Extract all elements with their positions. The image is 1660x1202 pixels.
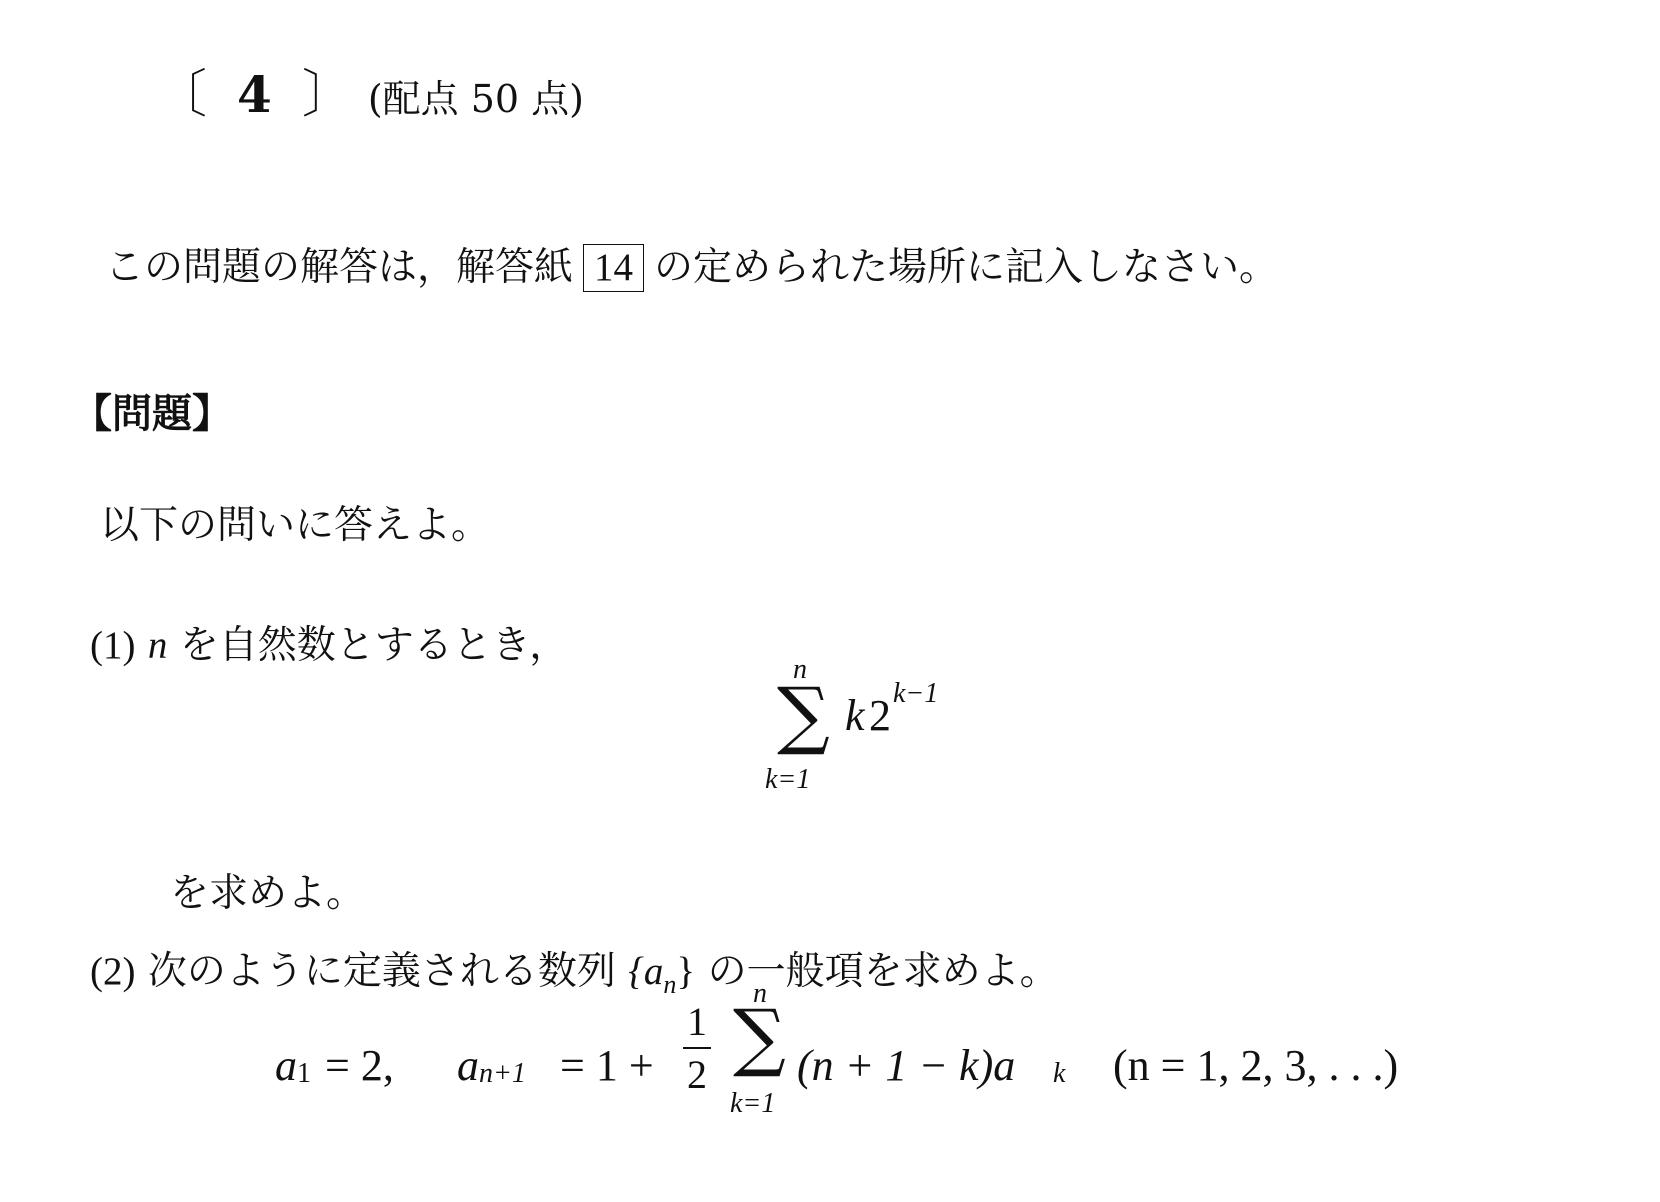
instructions-after: の定められた場所に記入しなさい。: [654, 245, 1278, 290]
sigma-icon-2: ∑: [733, 1000, 786, 1074]
instructions: この問題の解答は，解答紙14の定められた場所に記入しなさい。: [105, 236, 1278, 292]
recurrence-formula: a 1 = 2, a n+1 = 1 + 1 2 n ∑ k=1 (n + 1 …: [275, 1040, 1475, 1190]
a1-value: = 2,: [325, 1040, 394, 1091]
fraction-numerator: 1: [683, 998, 711, 1045]
summand-base: 2: [869, 690, 891, 741]
instructions-before: この問題の解答は，解答紙: [105, 245, 573, 290]
sequence-open: {a: [628, 950, 663, 993]
summand-k: k: [845, 690, 865, 741]
fraction-bar: [683, 1047, 711, 1049]
sequence-close: }: [676, 950, 695, 993]
question-1-label: (1): [90, 624, 135, 667]
answer-box-number: 14: [583, 244, 644, 292]
question-2: (2) 次のように定義される数列 {an} の一般項を求めよ。: [90, 940, 1059, 1000]
variable-n: n: [148, 624, 168, 667]
a1-subscript: 1: [297, 1058, 311, 1090]
an1-symbol: a: [457, 1040, 479, 1091]
summation-formula-1: n ∑ k=1 k 2 k−1: [785, 668, 1035, 808]
summand-exponent: k−1: [893, 678, 938, 710]
problem-header: 〔4〕(配点 50 点): [155, 52, 584, 127]
sum-lower-limit: k=1: [765, 764, 810, 796]
sequence-subscript: n: [663, 970, 676, 999]
question-2-text-before: 次のように定義される数列: [148, 949, 616, 994]
summand-subscript: k: [1053, 1058, 1065, 1090]
fraction-one-half: 1 2: [683, 998, 711, 1098]
index-condition: (n = 1, 2, 3, . . .): [1113, 1040, 1398, 1091]
question-1-text: を自然数とするとき，: [180, 623, 568, 668]
summand: (n + 1 − k)a: [797, 1040, 1015, 1091]
section-title: 【問題】: [72, 382, 232, 439]
fraction-denominator: 2: [683, 1051, 711, 1098]
points-label: (配点 50 点): [368, 77, 584, 121]
bracket-close: 〕: [302, 65, 354, 125]
question-2-label: (2): [90, 950, 135, 993]
an1-subscript: n+1: [479, 1058, 526, 1090]
question-1-ending: を求めよ。: [170, 862, 365, 918]
sigma-icon: ∑: [777, 678, 830, 752]
a1-symbol: a: [275, 1040, 297, 1091]
problem-number: 4: [237, 65, 272, 124]
sum-lower-limit-2: k=1: [730, 1088, 775, 1120]
question-1: (1) n を自然数とするとき，: [90, 614, 568, 670]
rhs-start: = 1 +: [560, 1040, 654, 1091]
bracket-open: 〔: [155, 65, 207, 125]
intro-text: 以下の問いに答えよ。: [100, 494, 490, 550]
